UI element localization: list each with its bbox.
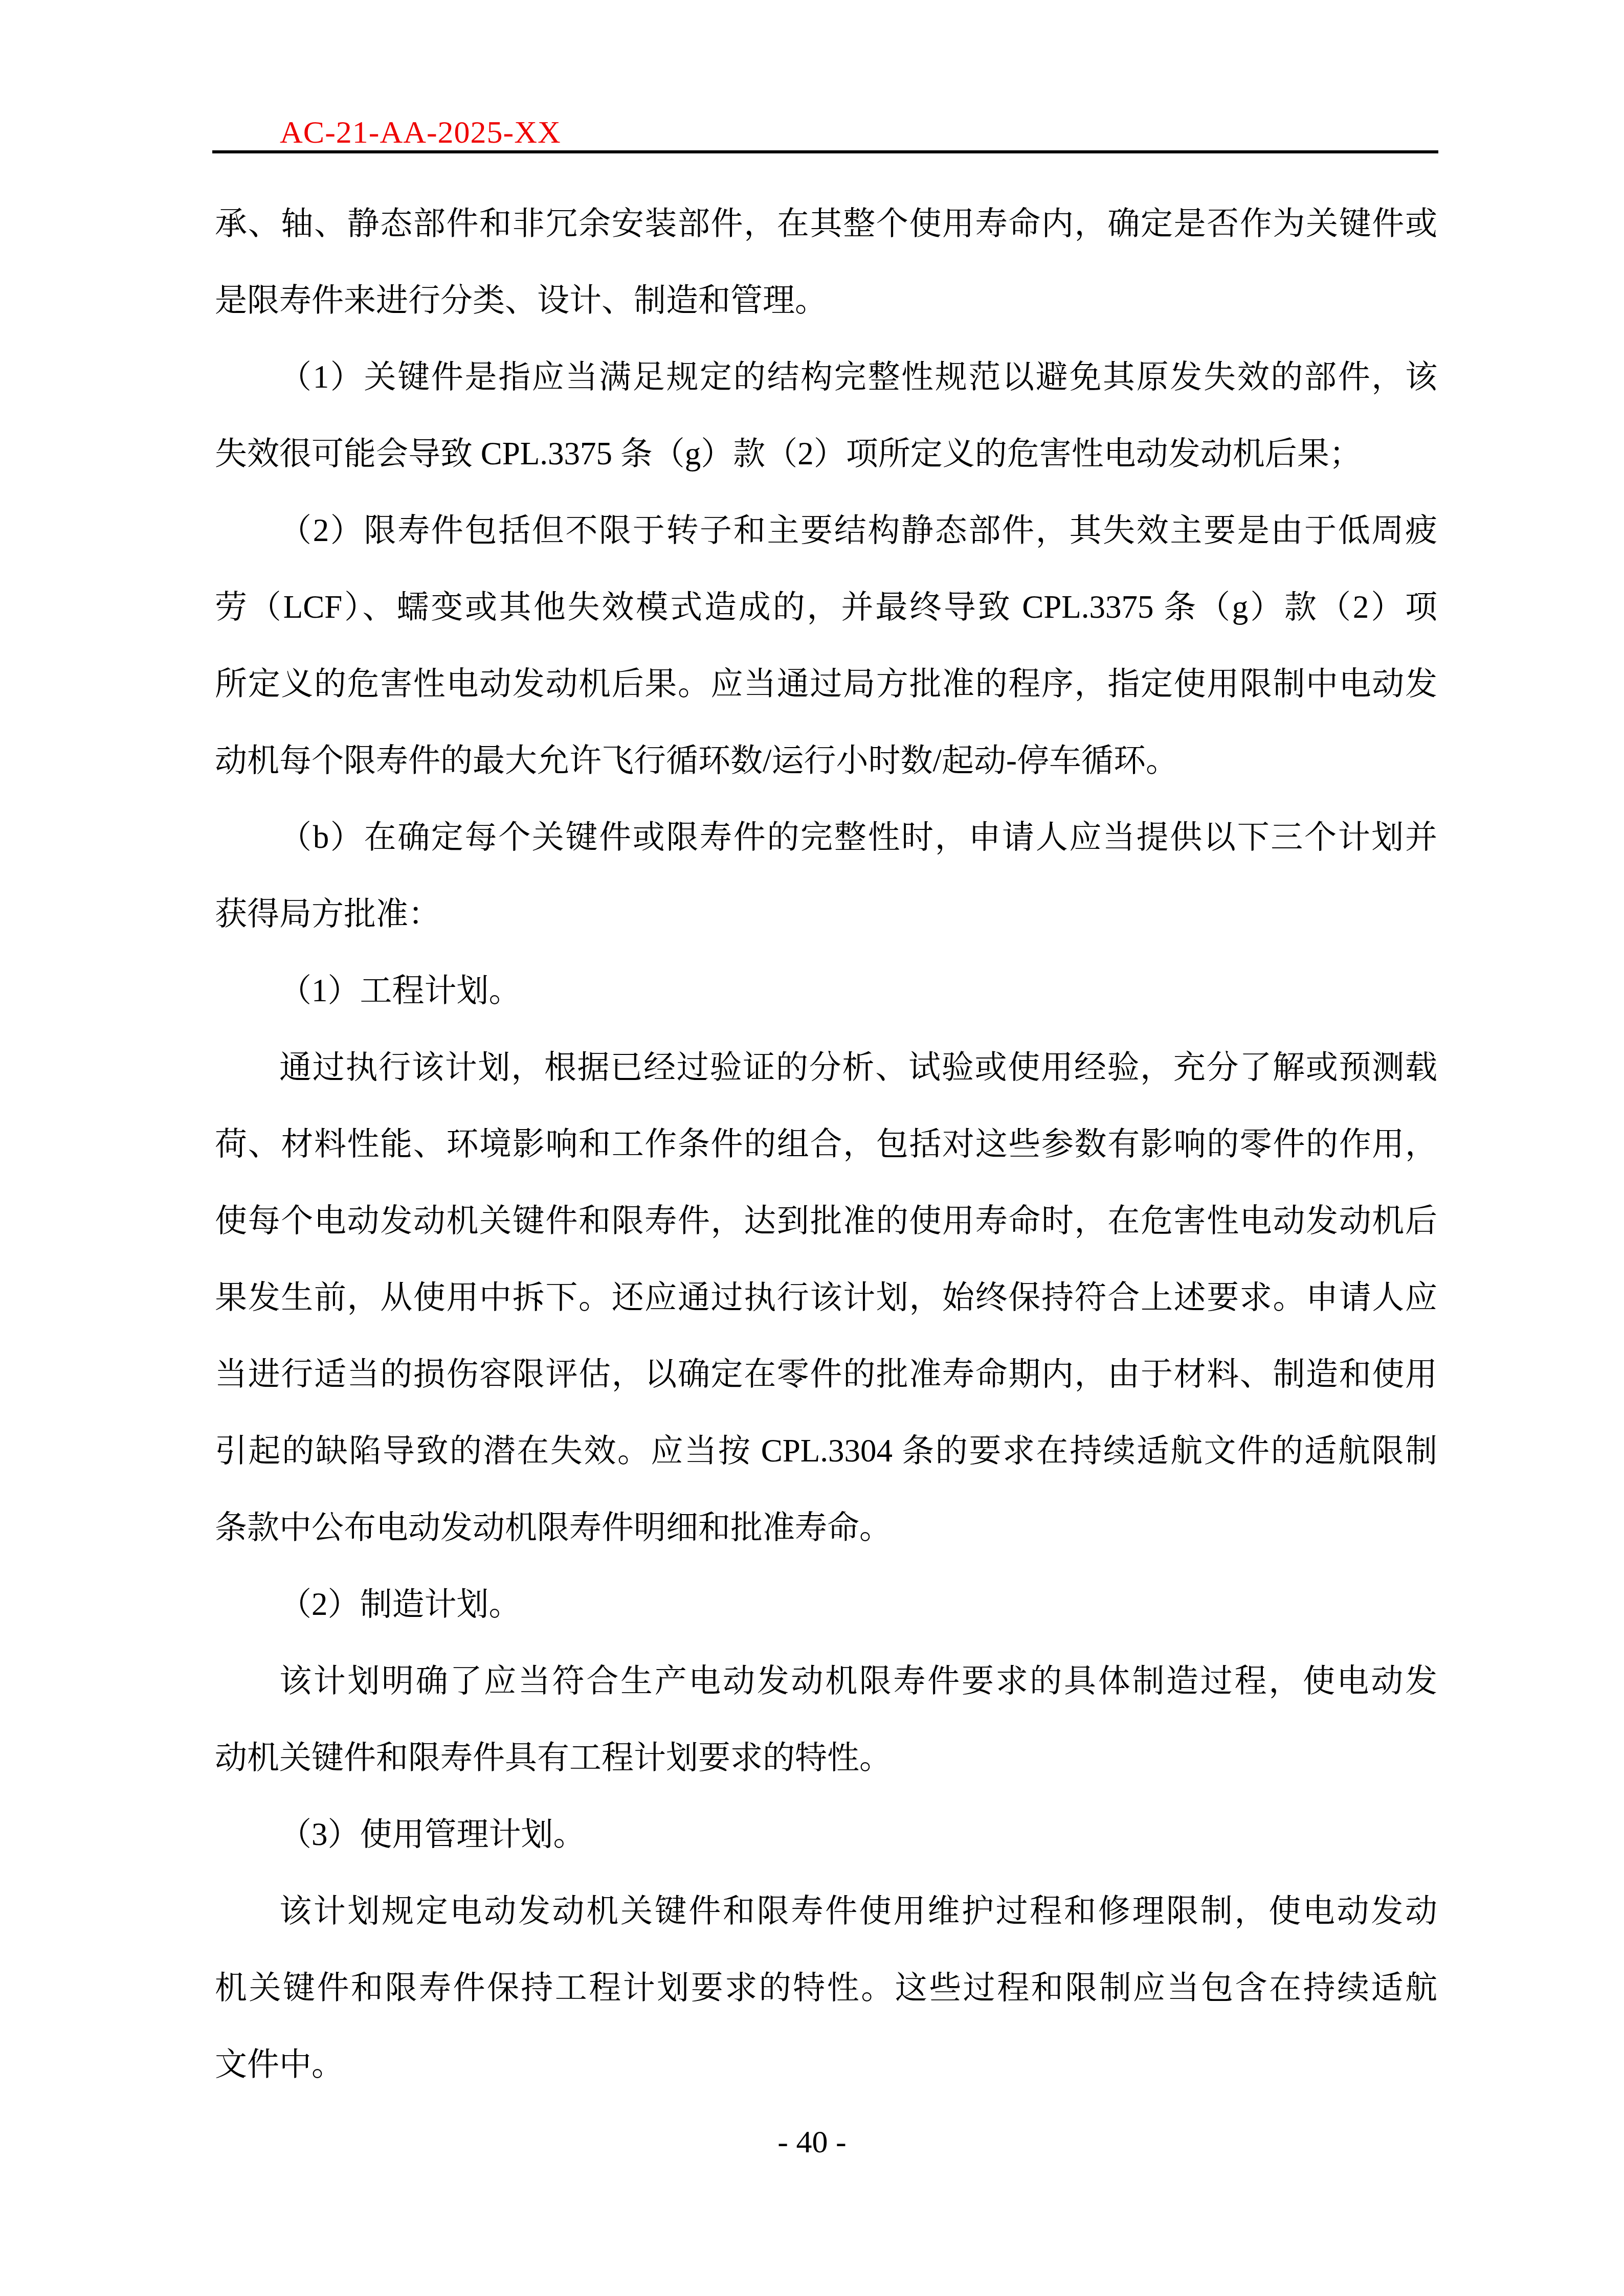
body-line: 动机每个限寿件的最大允许飞行循环数/运行小时数/起动-停车循环。 [215,722,1437,799]
body-line: （b）在确定每个关键件或限寿件的完整性时，申请人应当提供以下三个计划并 [215,799,1437,875]
body-line: 条款中公布电动发动机限寿件明细和批准寿命。 [215,1489,1437,1566]
body-line: 荷、材料性能、环境影响和工作条件的组合，包括对这些参数有影响的零件的作用， [215,1106,1437,1182]
body-line: 该计划规定电动发动机关键件和限寿件使用维护过程和修理限制，使电动发动 [215,1873,1437,1949]
body-line: 获得局方批准： [215,875,1437,952]
body-line: 失效很可能会导致 CPL.3375 条（g）款（2）项所定义的危害性电动发动机后… [215,415,1437,492]
body-line: 使每个电动发动机关键件和限寿件，达到批准的使用寿命时，在危害性电动发动机后 [215,1182,1437,1259]
body-line: 动机关键件和限寿件具有工程计划要求的特性。 [215,1719,1437,1796]
body-line: 所定义的危害性电动发动机后果。应当通过局方批准的程序，指定使用限制中电动发 [215,645,1437,722]
document-page: AC-21-AA-2025-XX 承、轴、静态部件和非冗余安装部件，在其整个使用… [0,0,1624,2296]
body-line: 是限寿件来进行分类、设计、制造和管理。 [215,262,1437,339]
body-line: 引起的缺陷导致的潜在失效。应当按 CPL.3304 条的要求在持续适航文件的适航… [215,1412,1437,1489]
body-line: （3）使用管理计划。 [215,1796,1437,1873]
body-line: 该计划明确了应当符合生产电动发动机限寿件要求的具体制造过程，使电动发 [215,1642,1437,1719]
doc-number: AC-21-AA-2025-XX [280,117,561,148]
body-line: 当进行适当的损伤容限评估，以确定在零件的批准寿命期内，由于材料、制造和使用 [215,1336,1437,1412]
body-line: 劳（LCF）、蠕变或其他失效模式造成的，并最终导致 CPL.3375 条（g）款… [215,569,1437,645]
body-line: 承、轴、静态部件和非冗余安装部件，在其整个使用寿命内，确定是否作为关键件或 [215,185,1437,262]
page-number: - 40 - [0,2126,1624,2158]
body-line: 通过执行该计划，根据已经过验证的分析、试验或使用经验，充分了解或预测载 [215,1029,1437,1106]
body-line: 文件中。 [215,2026,1437,2103]
document-body: 承、轴、静态部件和非冗余安装部件，在其整个使用寿命内，确定是否作为关键件或 是限… [215,185,1437,2103]
body-line: （1）工程计划。 [215,952,1437,1029]
body-line: （1）关键件是指应当满足规定的结构完整性规范以避免其原发失效的部件，该 [215,339,1437,415]
body-line: （2）制造计划。 [215,1566,1437,1642]
body-line: 果发生前，从使用中拆下。还应通过执行该计划，始终保持符合上述要求。申请人应 [215,1259,1437,1336]
header-rule [212,150,1438,153]
body-line: 机关键件和限寿件保持工程计划要求的特性。这些过程和限制应当包含在持续适航 [215,1949,1437,2026]
body-line: （2）限寿件包括但不限于转子和主要结构静态部件，其失效主要是由于低周疲 [215,492,1437,569]
